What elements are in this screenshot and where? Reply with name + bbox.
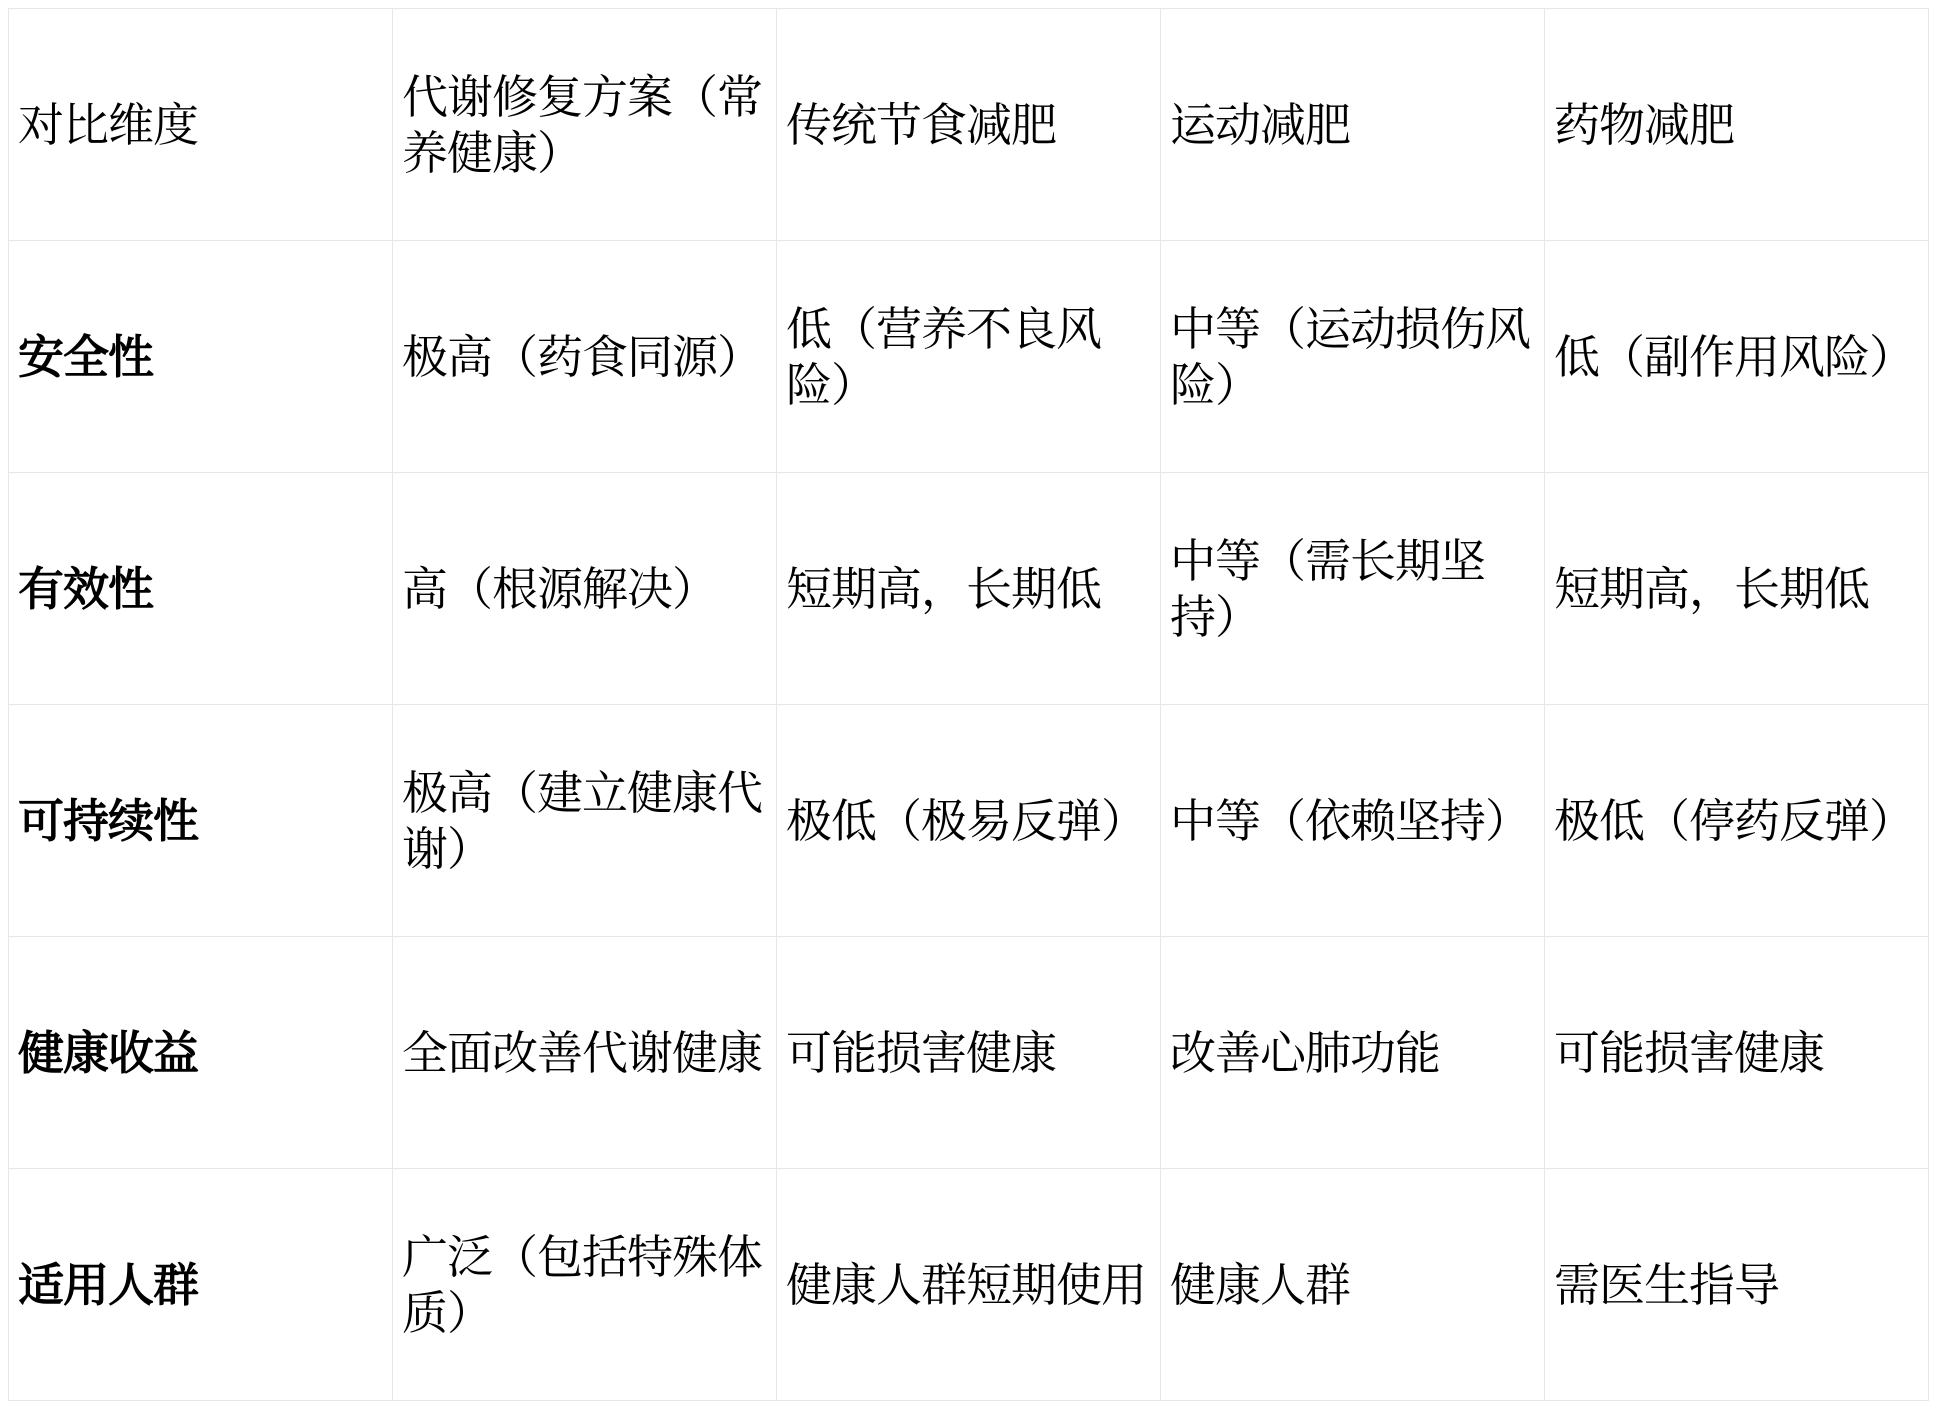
table-row-effectiveness: 有效性 高（根源解决） 短期高，长期低 中等（需长期坚持） 短期高，长期低 xyxy=(9,473,1929,705)
table-cell: 健康人群 xyxy=(1161,1169,1545,1401)
table-cell: 高（根源解决） xyxy=(393,473,777,705)
header-cell-exercise: 运动减肥 xyxy=(1161,9,1545,241)
table-row-health-benefit: 健康收益 全面改善代谢健康 可能损害健康 改善心肺功能 可能损害健康 xyxy=(9,937,1929,1169)
table-cell: 极高（建立健康代谢） xyxy=(393,705,777,937)
table-cell: 广泛（包括特殊体质） xyxy=(393,1169,777,1401)
header-cell-traditional-diet: 传统节食减肥 xyxy=(777,9,1161,241)
comparison-table: 对比维度 代谢修复方案（常养健康） 传统节食减肥 运动减肥 药物减肥 安全性 极… xyxy=(8,8,1929,1401)
table-cell: 极低（停药反弹） xyxy=(1545,705,1929,937)
table-cell: 低（副作用风险） xyxy=(1545,241,1929,473)
table-cell: 短期高，长期低 xyxy=(1545,473,1929,705)
table-cell: 中等（运动损伤风险） xyxy=(1161,241,1545,473)
table-cell: 改善心肺功能 xyxy=(1161,937,1545,1169)
header-cell-metabolic-repair: 代谢修复方案（常养健康） xyxy=(393,9,777,241)
table-cell: 短期高，长期低 xyxy=(777,473,1161,705)
row-label-health-benefit: 健康收益 xyxy=(9,937,393,1169)
table-row-target-population: 适用人群 广泛（包括特殊体质） 健康人群短期使用 健康人群 需医生指导 xyxy=(9,1169,1929,1401)
table-cell: 极低（极易反弹） xyxy=(777,705,1161,937)
header-cell-dimension: 对比维度 xyxy=(9,9,393,241)
row-label-safety: 安全性 xyxy=(9,241,393,473)
table-cell: 可能损害健康 xyxy=(777,937,1161,1169)
table-cell: 需医生指导 xyxy=(1545,1169,1929,1401)
table-row-safety: 安全性 极高（药食同源） 低（营养不良风险） 中等（运动损伤风险） 低（副作用风… xyxy=(9,241,1929,473)
table-cell: 健康人群短期使用 xyxy=(777,1169,1161,1401)
table-cell: 低（营养不良风险） xyxy=(777,241,1161,473)
table-header-row: 对比维度 代谢修复方案（常养健康） 传统节食减肥 运动减肥 药物减肥 xyxy=(9,9,1929,241)
comparison-table-container: 对比维度 代谢修复方案（常养健康） 传统节食减肥 运动减肥 药物减肥 安全性 极… xyxy=(8,8,1929,1401)
table-cell: 极高（药食同源） xyxy=(393,241,777,473)
table-cell: 中等（需长期坚持） xyxy=(1161,473,1545,705)
row-label-effectiveness: 有效性 xyxy=(9,473,393,705)
header-cell-medication: 药物减肥 xyxy=(1545,9,1929,241)
row-label-sustainability: 可持续性 xyxy=(9,705,393,937)
table-cell: 可能损害健康 xyxy=(1545,937,1929,1169)
table-cell: 全面改善代谢健康 xyxy=(393,937,777,1169)
table-row-sustainability: 可持续性 极高（建立健康代谢） 极低（极易反弹） 中等（依赖坚持） 极低（停药反… xyxy=(9,705,1929,937)
row-label-target-population: 适用人群 xyxy=(9,1169,393,1401)
table-cell: 中等（依赖坚持） xyxy=(1161,705,1545,937)
